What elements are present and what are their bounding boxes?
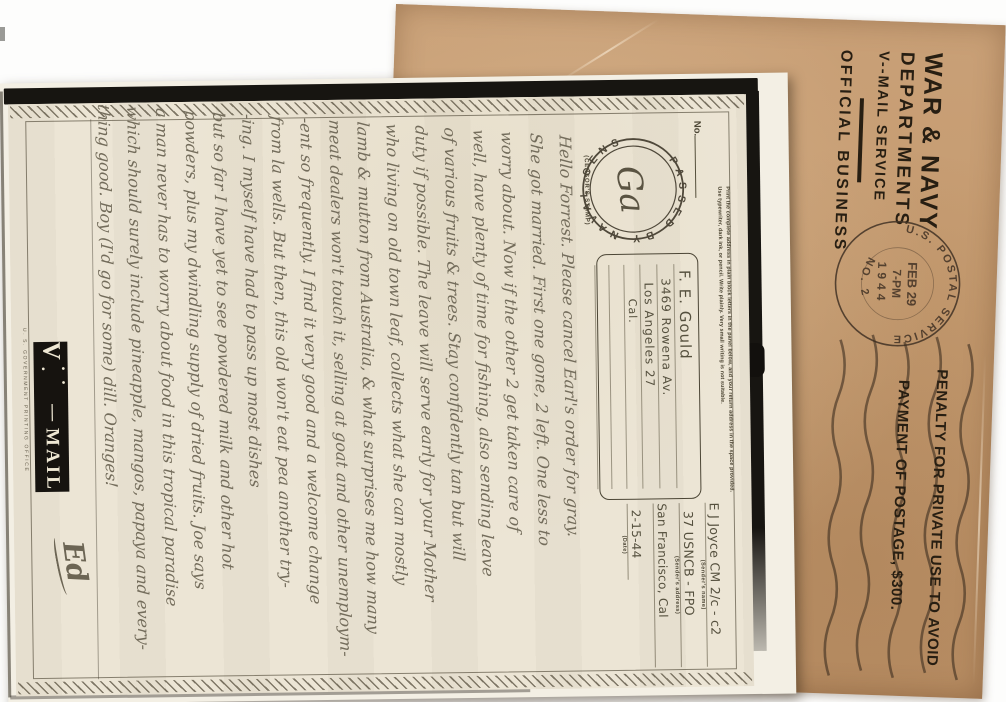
sender-city: San Francisco, Cal — [653, 503, 673, 667]
recipient-street: 3469 Rowena Av. — [656, 264, 676, 488]
postmark-date: FEB 29 — [904, 262, 921, 307]
recipient-address-panel: F. E. Gould 3469 Rowena Av. Los Angeles … — [596, 253, 701, 500]
sender-name: E J Joyce CM 2/c - c2 — [705, 502, 726, 666]
corner-rule — [857, 98, 864, 182]
handwritten-message: Hello Forrest. Please cancel Earl's orde… — [89, 103, 591, 694]
form-instructions: Print the complete address in plain bloc… — [715, 186, 736, 538]
vmail-letter-photo: No. Print the complete address in plain … — [0, 73, 796, 702]
censor-initials: Ga — [608, 164, 653, 216]
postmark-year: 1944 — [874, 262, 889, 305]
scanned-vmail-letter-and-envelope: WAR & NAVY DEPARTMENTS V--MAIL SERVICE O… — [0, 0, 1006, 702]
vmail-form-content: No. Print the complete address in plain … — [8, 94, 754, 696]
recipient-state: Cal. — [623, 265, 642, 489]
penalty-notice: PENALTY FOR PRIVATE USE TO AVOID PAYMENT… — [882, 368, 951, 690]
recipient-name: F. E. Gould — [673, 264, 698, 488]
sender-panel: E J Joyce CM 2/c - c2 (Sender's name) 37… — [619, 502, 726, 667]
form-number-label: No. — [691, 121, 702, 136]
vmail-logo-v: V — [36, 342, 64, 360]
recipient-city: Los Angeles 27 — [639, 264, 659, 488]
sender-unit: 37 USNCB - FPO — [679, 503, 699, 667]
vmail-logo: V · · · — MAIL — [33, 342, 69, 492]
vmail-logo-morse-dash: — — [43, 404, 63, 421]
postmark-time: 7-PM — [889, 269, 904, 298]
vmail-form: No. Print the complete address in plain … — [8, 94, 754, 696]
scan-artifact — [0, 27, 5, 41]
vmail-logo-mail: MAIL — [41, 428, 64, 492]
letter-date: 2-15-44 — [627, 504, 645, 580]
signature: Ed — [54, 539, 96, 595]
vmail-logo-morse-dots: · · · — [33, 366, 73, 402]
